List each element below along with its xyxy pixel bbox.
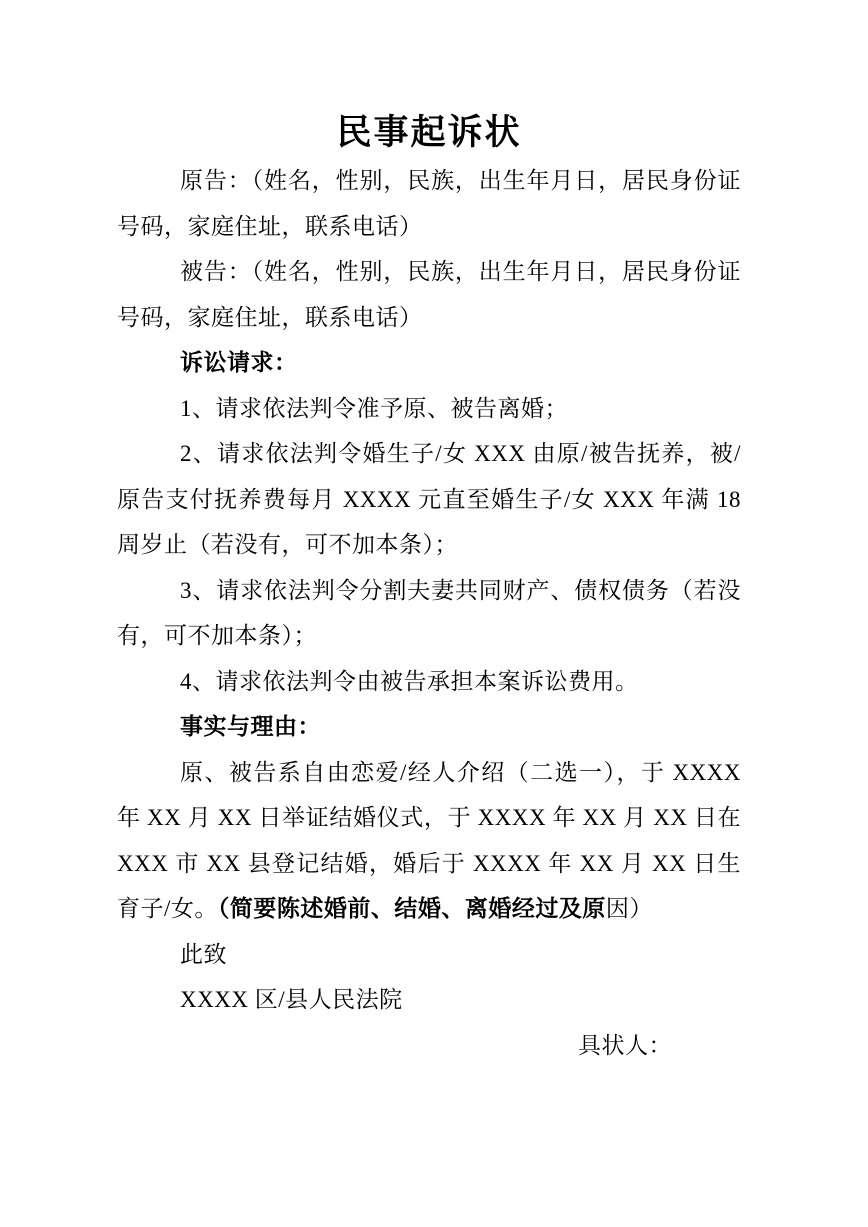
paragraph-plaintiff: 原告：（姓名，性别，民族，出生年月日，居民身份证号码，家庭住址，联系电话） [117, 158, 741, 249]
signature-line: 具状人： [117, 1023, 741, 1069]
facts-run-bold: （简要陈述婚前、结婚、离婚经过及原 [218, 896, 606, 921]
claim-item-2: 2、请求依法判令婚生子/女 XXX 由原/被告抚养，被/原告支付抚养费每月 XX… [117, 431, 741, 568]
facts-run-normal-2: 因） [606, 896, 653, 921]
section-heading-facts: 事实与理由： [117, 704, 741, 750]
claim-item-1: 1、请求依法判令准予原、被告离婚； [117, 386, 741, 432]
document-title: 民事起诉状 [117, 108, 741, 158]
claim-item-3: 3、请求依法判令分割夫妻共同财产、债权债务（若没有，可不加本条）； [117, 568, 741, 659]
section-heading-claims: 诉讼请求： [117, 340, 741, 386]
paragraph-salutation: 此致 [117, 932, 741, 978]
paragraph-facts: 原、被告系自由恋爱/经人介绍（二选一），于 XXXX 年 XX 月 XX 日举证… [117, 750, 741, 932]
claim-item-4: 4、请求依法判令由被告承担本案诉讼费用。 [117, 659, 741, 705]
document-body: 原告：（姓名，性别，民族，出生年月日，居民身份证号码，家庭住址，联系电话） 被告… [117, 158, 741, 1068]
document-page: 民事起诉状 原告：（姓名，性别，民族，出生年月日，居民身份证号码，家庭住址，联系… [0, 0, 868, 1227]
paragraph-defendant: 被告：（姓名，性别，民族，出生年月日，居民身份证号码，家庭住址，联系电话） [117, 249, 741, 340]
paragraph-court-name: XXXX 区/县人民法院 [117, 977, 741, 1023]
